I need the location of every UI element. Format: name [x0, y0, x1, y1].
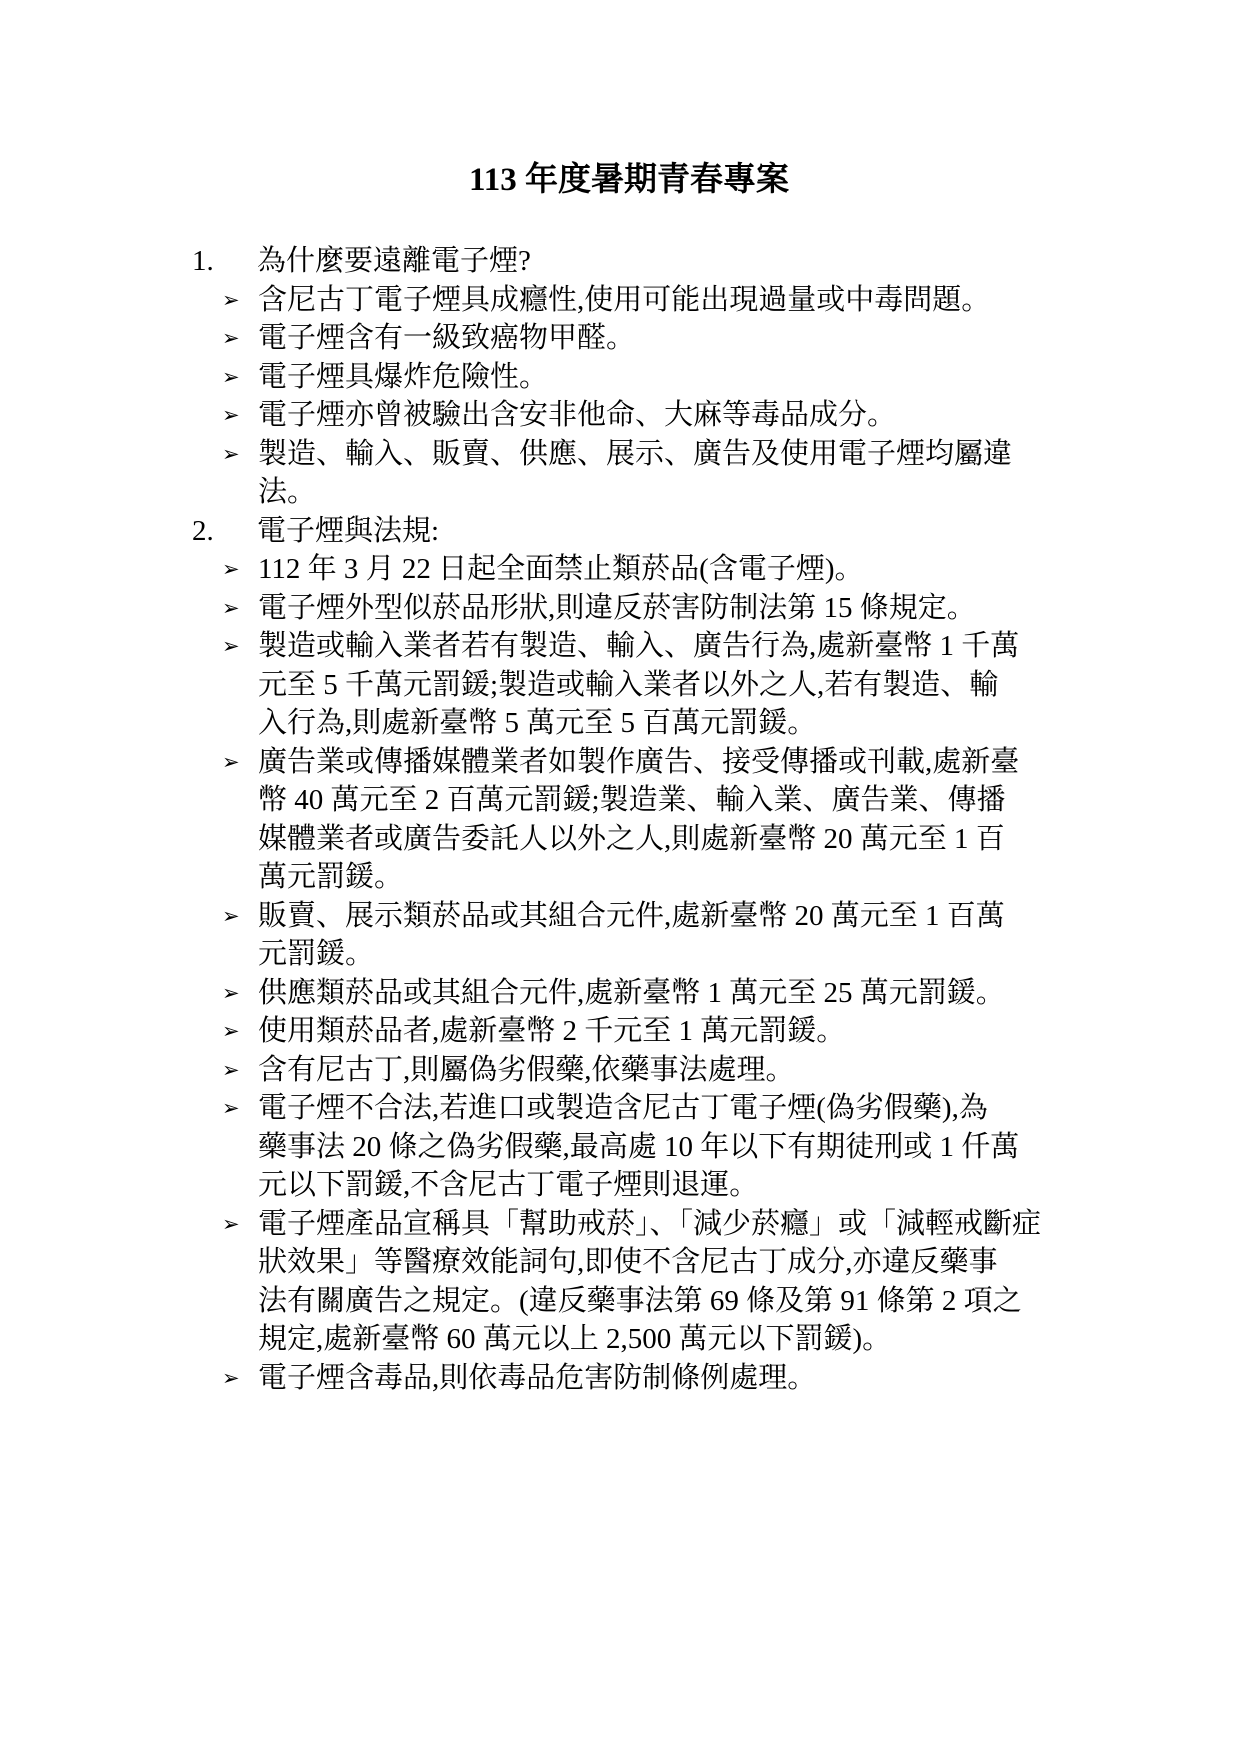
bullet-text: 供應類菸品或其組合元件,處新臺幣 1 萬元至 25 萬元罰鍰。 — [258, 974, 1098, 1013]
arrow-bullet-icon: ➢ — [222, 435, 258, 474]
arrow-bullet-icon: ➢ — [222, 358, 258, 397]
bullet-text: 電子煙外型似菸品形狀,則違反菸害防制法第 15 條規定。 — [258, 589, 1098, 628]
bullet-item: ➢ 112 年 3 月 22 日起全面禁止類菸品(含電子煙)。 — [192, 550, 1098, 589]
bullet-item: ➢ 含尼古丁電子煙具成癮性,使用可能出現過量或中毒問題。 — [192, 281, 1098, 320]
arrow-bullet-icon: ➢ — [222, 281, 258, 320]
arrow-bullet-icon: ➢ — [222, 1089, 258, 1128]
bullet-item: ➢ 電子煙外型似菸品形狀,則違反菸害防制法第 15 條規定。 — [192, 589, 1098, 628]
arrow-bullet-icon: ➢ — [222, 743, 258, 782]
arrow-bullet-icon: ➢ — [222, 1051, 258, 1090]
bullet-text: 電子煙不合法,若進口或製造含尼古丁電子煙(偽劣假藥),為 藥事法 20 條之偽劣… — [258, 1089, 1098, 1205]
bullet-text: 販賣、展示類菸品或其組合元件,處新臺幣 20 萬元至 1 百萬 元罰鍰。 — [258, 897, 1098, 974]
bullet-item: ➢ 使用類菸品者,處新臺幣 2 千元至 1 萬元罰鍰。 — [192, 1012, 1098, 1051]
numbered-item: 1. 為什麼要遠離電子煙? — [192, 242, 1098, 281]
bullet-item: ➢ 電子煙產品宣稱具「幫助戒菸」、「減少菸癮」或「減輕戒斷症 狀效果」等醫療效能… — [192, 1205, 1098, 1359]
arrow-bullet-icon: ➢ — [222, 319, 258, 358]
bullet-text: 電子煙亦曾被驗出含安非他命、大麻等毒品成分。 — [258, 396, 1098, 435]
document-content: 113 年度暑期青春專案 1. 為什麼要遠離電子煙? ➢ 含尼古丁電子煙具成癮性… — [192, 0, 1098, 1397]
bullet-item: ➢ 電子煙不合法,若進口或製造含尼古丁電子煙(偽劣假藥),為 藥事法 20 條之… — [192, 1089, 1098, 1205]
item-number: 2. — [192, 512, 257, 551]
bullet-item: ➢ 製造、輸入、販賣、供應、展示、廣告及使用電子煙均屬違 法。 — [192, 435, 1098, 512]
bullet-text: 使用類菸品者,處新臺幣 2 千元至 1 萬元罰鍰。 — [258, 1012, 1098, 1051]
document-title: 113 年度暑期青春專案 — [192, 158, 1066, 202]
numbered-item: 2. 電子煙與法規: — [192, 512, 1098, 551]
bullet-text: 電子煙產品宣稱具「幫助戒菸」、「減少菸癮」或「減輕戒斷症 狀效果」等醫療效能詞句… — [258, 1205, 1098, 1359]
bullet-item: ➢ 電子煙亦曾被驗出含安非他命、大麻等毒品成分。 — [192, 396, 1098, 435]
bullet-item: ➢ 販賣、展示類菸品或其組合元件,處新臺幣 20 萬元至 1 百萬 元罰鍰。 — [192, 897, 1098, 974]
bullet-text: 電子煙含毒品,則依毒品危害防制條例處理。 — [258, 1359, 1098, 1398]
arrow-bullet-icon: ➢ — [222, 1205, 258, 1244]
arrow-bullet-icon: ➢ — [222, 974, 258, 1013]
bullet-item: ➢ 供應類菸品或其組合元件,處新臺幣 1 萬元至 25 萬元罰鍰。 — [192, 974, 1098, 1013]
bullet-text: 含尼古丁電子煙具成癮性,使用可能出現過量或中毒問題。 — [258, 281, 1098, 320]
arrow-bullet-icon: ➢ — [222, 396, 258, 435]
arrow-bullet-icon: ➢ — [222, 550, 258, 589]
item-number: 1. — [192, 242, 257, 281]
document-page: 113 年度暑期青春專案 1. 為什麼要遠離電子煙? ➢ 含尼古丁電子煙具成癮性… — [0, 0, 1241, 1755]
document-body: 1. 為什麼要遠離電子煙? ➢ 含尼古丁電子煙具成癮性,使用可能出現過量或中毒問… — [192, 242, 1098, 1397]
bullet-item: ➢ 電子煙含有一級致癌物甲醛。 — [192, 319, 1098, 358]
arrow-bullet-icon: ➢ — [222, 1012, 258, 1051]
arrow-bullet-icon: ➢ — [222, 897, 258, 936]
arrow-bullet-icon: ➢ — [222, 627, 258, 666]
bullet-text: 廣告業或傳播媒體業者如製作廣告、接受傳播或刊載,處新臺 幣 40 萬元至 2 百… — [258, 743, 1098, 897]
bullet-item: ➢ 製造或輸入業者若有製造、輸入、廣告行為,處新臺幣 1 千萬 元至 5 千萬元… — [192, 627, 1098, 743]
arrow-bullet-icon: ➢ — [222, 589, 258, 628]
arrow-bullet-icon: ➢ — [222, 1359, 258, 1398]
bullet-item: ➢ 含有尼古丁,則屬偽劣假藥,依藥事法處理。 — [192, 1051, 1098, 1090]
bullet-item: ➢ 廣告業或傳播媒體業者如製作廣告、接受傳播或刊載,處新臺 幣 40 萬元至 2… — [192, 743, 1098, 897]
item-heading: 為什麼要遠離電子煙? — [257, 242, 1098, 281]
bullet-text: 含有尼古丁,則屬偽劣假藥,依藥事法處理。 — [258, 1051, 1098, 1090]
bullet-item: ➢ 電子煙具爆炸危險性。 — [192, 358, 1098, 397]
bullet-text: 製造、輸入、販賣、供應、展示、廣告及使用電子煙均屬違 法。 — [258, 435, 1098, 512]
bullet-text: 製造或輸入業者若有製造、輸入、廣告行為,處新臺幣 1 千萬 元至 5 千萬元罰鍰… — [258, 627, 1098, 743]
item-heading: 電子煙與法規: — [257, 512, 1098, 551]
bullet-text: 電子煙具爆炸危險性。 — [258, 358, 1098, 397]
bullet-text: 112 年 3 月 22 日起全面禁止類菸品(含電子煙)。 — [258, 550, 1098, 589]
bullet-text: 電子煙含有一級致癌物甲醛。 — [258, 319, 1098, 358]
bullet-item: ➢ 電子煙含毒品,則依毒品危害防制條例處理。 — [192, 1359, 1098, 1398]
